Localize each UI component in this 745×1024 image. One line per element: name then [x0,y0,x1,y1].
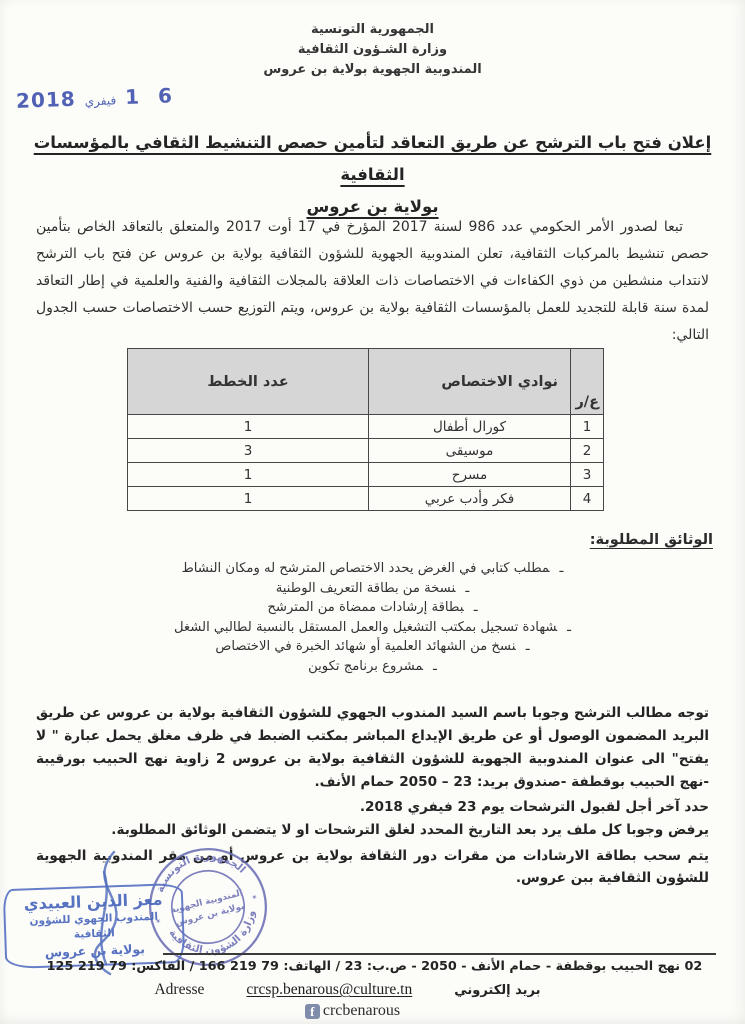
row-specialty: كورال أطفال [369,415,571,439]
required-documents-list: ـمطلب كتابي في الغرض يحدد الاختصاص المتر… [0,559,745,676]
list-item: ـنسخة من بطاقة التعريف الوطنية [0,579,745,599]
footer-divider [163,953,716,955]
stamp-month: فيفري [85,93,117,108]
stamp-day: 1 6 [125,83,179,109]
footer-facebook-row: f crcbenarous [0,1002,705,1020]
footer-address: 02 نهج الحبيب بوقطفة - حمام الأنف - 2050… [30,959,719,974]
list-item: ـمطلب كتابي في الغرض يحدد الاختصاص المتر… [0,559,745,579]
table-row: 3 مسرح 1 [128,463,604,487]
deadline-line: حدد آخر أجل لقبول الترشحات يوم 23 فيفري … [36,799,709,815]
star-icon: ✶ [250,892,258,902]
row-number: 3 [571,463,604,487]
title-line-1: إعلان فتح باب الترشح عن طريق التعاقد لتأ… [22,127,723,191]
row-positions: 1 [128,415,369,439]
table-row: 1 كورال أطفال 1 [128,415,604,439]
intro-paragraph: تبعا لصدور الأمر الحكومي عدد 986 لسنة 20… [36,214,709,349]
letterhead-ministry: وزارة الشـؤون الثقافية [0,40,745,60]
row-positions: 1 [128,463,369,487]
table-header-row: ع/ر نوادي الاختصاص عدد الخطط [128,349,604,415]
email-label-arabic: بريد إلكتروني [454,983,540,998]
list-item-text: شهادة تسجيل بمكتب التشغيل والعمل المستقل… [174,620,557,635]
col-header-positions: عدد الخطط [128,349,369,415]
col-header-number: ع/ر [571,349,604,415]
row-specialty: موسيقى [369,439,571,463]
announcement-title: إعلان فتح باب الترشح عن طريق التعاقد لتأ… [22,127,723,223]
specialties-table: ع/ر نوادي الاختصاص عدد الخطط 1 كورال أطف… [127,348,604,511]
dash-bullet-icon: ـ [526,639,530,654]
facebook-handle: crcbenarous [323,1002,400,1020]
list-item: ـبطاقة إرشادات ممضاة من المترشح [0,598,745,618]
scanned-document-page: الجمهورية التونسية وزارة الشـؤون الثقافي… [0,0,745,1024]
required-documents-heading: الوثائق المطلوبة: [590,532,713,548]
dash-bullet-icon: ـ [474,600,478,615]
stamp-year: 2018 [16,87,76,113]
letterhead-country: الجمهورية التونسية [0,20,745,40]
list-item-text: مشروع برنامج تكوين [308,659,423,674]
row-number: 1 [571,415,604,439]
dash-bullet-icon: ـ [560,561,564,576]
rejection-line: يرفض وجوبا كل ملف يرد بعد التاريخ المحدد… [36,822,709,838]
dash-bullet-icon: ـ [433,659,437,674]
list-item-text: نسخ من الشهائد العلمية أو شهائد الخبرة ف… [215,639,515,654]
row-number: 2 [571,439,604,463]
dash-bullet-icon: ـ [567,620,571,635]
row-specialty: مسرح [369,463,571,487]
date-received-stamp: 2018 فيفري 1 6 [16,83,179,113]
row-positions: 1 [128,487,369,511]
list-item: ـشهادة تسجيل بمكتب التشغيل والعمل المستق… [0,618,745,638]
list-item: ـمشروع برنامج تكوين [0,657,745,677]
dash-bullet-icon: ـ [465,581,469,596]
submission-paragraph: توجه مطالب الترشح وجوبا باسم السيد المند… [36,702,709,794]
row-positions: 3 [128,439,369,463]
table-row: 2 موسيقى 3 [128,439,604,463]
letterhead: الجمهورية التونسية وزارة الشـؤون الثقافي… [0,20,745,80]
footer-email-row: Adresse crcsp.benarous@culture.tn بريد إ… [0,981,695,999]
email-address: crcsp.benarous@culture.tn [246,981,412,999]
list-item: ـنسخ من الشهائد العلمية أو شهائد الخبرة … [0,637,745,657]
row-number: 4 [571,487,604,511]
table-row: 4 فكر وأدب عربي 1 [128,487,604,511]
list-item-text: نسخة من بطاقة التعريف الوطنية [276,581,456,596]
list-item-text: بطاقة إرشادات ممضاة من المترشح [267,600,463,615]
col-header-specialty: نوادي الاختصاص [369,349,571,415]
letterhead-delegation: المندوبية الجهوية بولاية بن عروس [0,60,745,80]
adresse-label: Adresse [154,981,204,999]
list-item-text: مطلب كتابي في الغرض يحدد الاختصاص المترش… [182,561,550,576]
row-specialty: فكر وأدب عربي [369,487,571,511]
facebook-icon: f [305,1004,320,1019]
